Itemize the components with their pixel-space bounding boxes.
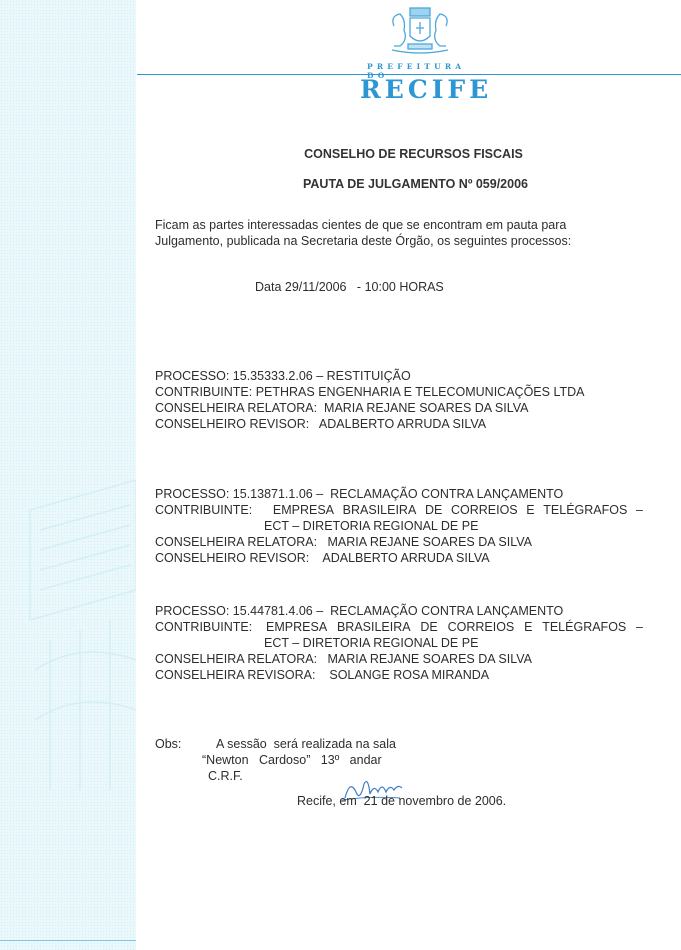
process-entry-2: PROCESSO: 15.13871.1.06 – RECLAMAÇÃO CON…: [155, 486, 643, 566]
taxpayer-continued: ECT – DIRETORIA REGIONAL DE PE: [155, 518, 643, 534]
obs-label: Obs:: [155, 737, 181, 751]
reviewer: CONSELHEIRO REVISOR: ADALBERTO ARRUDA SI…: [155, 416, 584, 432]
taxpayer-word: CORREIOS: [451, 502, 518, 518]
taxpayer-continued: ECT – DIRETORIA REGIONAL DE PE: [155, 635, 643, 651]
sidebar-watermark: Cais do Apolo, 925 Recife - Pernambuco C…: [0, 0, 136, 950]
taxpayer-word: BRASILEIRA: [337, 619, 411, 635]
taxpayer-word: –: [636, 619, 643, 635]
taxpayer: CONTRIBUINTE: EMPRESA BRASILEIRA DE CORR…: [155, 502, 643, 518]
obs-line: “Newton Cardoso” 13º andar: [202, 752, 416, 768]
process-number: PROCESSO: 15.35333.2.06 – RESTITUIÇÃO: [155, 368, 584, 384]
taxpayer-word: –: [636, 502, 643, 518]
taxpayer: CONTRIBUINTE: PETHRAS ENGENHARIA E TELEC…: [155, 384, 584, 400]
taxpayer-word: BRASILEIRA: [343, 502, 417, 518]
process-number: PROCESSO: 15.44781.4.06 – RECLAMAÇÃO CON…: [155, 603, 643, 619]
taxpayer-label: CONTRIBUINTE:: [155, 619, 252, 635]
letterhead-city: RECIFE: [360, 76, 492, 104]
council-title: CONSELHO DE RECURSOS FISCAIS: [143, 147, 681, 161]
taxpayer-word: DE: [425, 502, 442, 518]
process-entry-1: PROCESSO: 15.35333.2.06 – RESTITUIÇÃO CO…: [155, 368, 584, 432]
obs-line: A sessão será realizada na sala: [216, 736, 416, 752]
rapporteur: CONSELHEIRA RELATORA: MARIA REJANE SOARE…: [155, 400, 584, 416]
taxpayer-word: EMPRESA: [266, 619, 327, 635]
process-entry-3: PROCESSO: 15.44781.4.06 – RECLAMAÇÃO CON…: [155, 603, 643, 683]
intro-line: Ficam as partes interessadas cientes de …: [155, 217, 571, 233]
taxpayer: CONTRIBUINTE: EMPRESA BRASILEIRA DE CORR…: [155, 619, 643, 635]
taxpayer-word: E: [524, 619, 532, 635]
taxpayer-word: EMPRESA: [273, 502, 334, 518]
taxpayer-word: DE: [420, 619, 437, 635]
intro-paragraph: Ficam as partes interessadas cientes de …: [155, 217, 571, 249]
taxpayer-word: TELÉGRAFOS: [543, 502, 627, 518]
intro-line: Julgamento, publicada na Secretaria dest…: [155, 233, 571, 249]
taxpayer-word: CORREIOS: [448, 619, 515, 635]
footer-divider: [0, 940, 136, 941]
agenda-title: PAUTA DE JULGAMENTO Nº 059/2006: [145, 177, 681, 191]
taxpayer-word: TELÉGRAFOS: [542, 619, 626, 635]
taxpayer-label: CONTRIBUINTE:: [155, 502, 252, 518]
rapporteur: CONSELHEIRA RELATORA: MARIA REJANE SOARE…: [155, 534, 643, 550]
signoff-date: Recife, em 21 de novembro de 2006.: [297, 794, 506, 808]
rapporteur: CONSELHEIRA RELATORA: MARIA REJANE SOARE…: [155, 651, 643, 667]
process-number: PROCESSO: 15.13871.1.06 – RECLAMAÇÃO CON…: [155, 486, 643, 502]
observations: Obs: A sessão será realizada na sala “Ne…: [155, 736, 181, 752]
city-coat-of-arms-icon: [386, 6, 454, 56]
reviewer: CONSELHEIRO REVISOR: ADALBERTO ARRUDA SI…: [155, 550, 643, 566]
taxpayer-word: E: [526, 502, 534, 518]
building-watermark-icon: [20, 470, 136, 800]
reviewer: CONSELHEIRA REVISORA: SOLANGE ROSA MIRAN…: [155, 667, 643, 683]
session-date: Data 29/11/2006 - 10:00 HORAS: [255, 280, 444, 294]
